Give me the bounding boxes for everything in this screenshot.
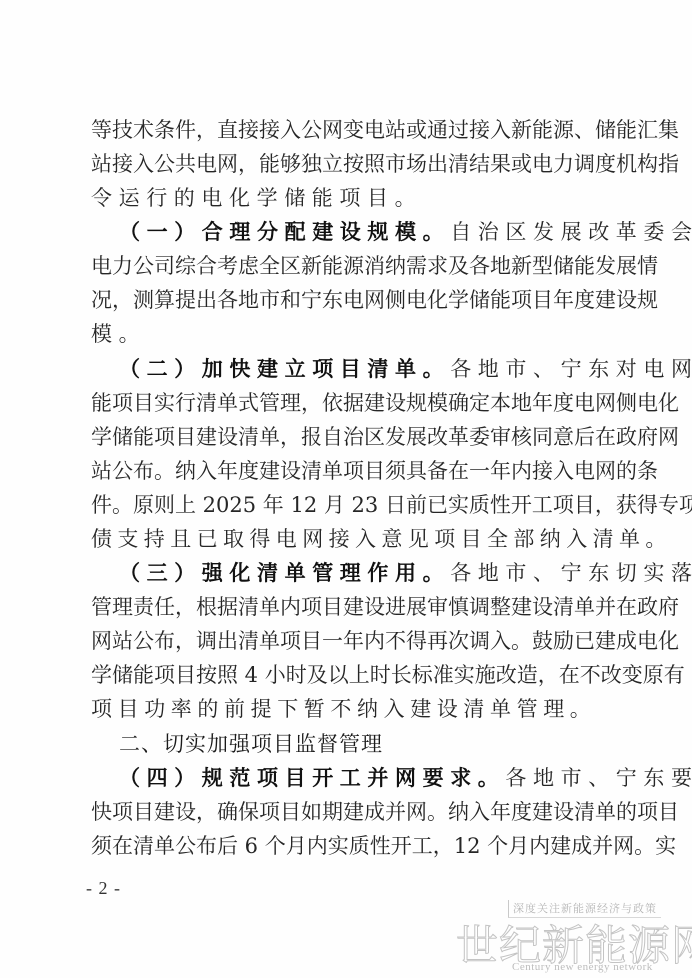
watermark: 深度关注新能源经济与政策 世纪新能源网 Century new energy n… (400, 895, 692, 978)
watermark-subtitle: Century new energy network (512, 961, 653, 973)
section-3-text: 各地市、宁东切实落实建设清单 (450, 561, 692, 585)
body-line: 快项目建设，确保项目如期建成并网。纳入年度建设清单的项目 (91, 795, 597, 829)
body-line: 债支持且已取得电网接入意见项目全部纳入清单。 (91, 522, 601, 556)
section-1-first-line: （一）合理分配建设规模。自治区发展改革委会同国网宁夏 (119, 215, 597, 249)
body-line: 模。 (91, 317, 601, 351)
section-1-heading: （一）合理分配建设规模。 (119, 219, 450, 244)
section-2-first-line: （二）加快建立项目清单。各地市、宁东对电网侧电化学储 (119, 352, 597, 386)
section-4-heading: （四）规范项目开工并网要求。 (119, 765, 505, 790)
section-4-text: 各地市、宁东要督促企业加 (505, 766, 692, 790)
body-line: 电力公司综合考虑全区新能源消纳需求及各地新型储能发展情 (91, 249, 597, 283)
body-line: 须在清单公布后 6 个月内实质性开工，12 个月内建成并网。实 (91, 829, 597, 863)
part-2-heading: 二、切实加强项目监督管理 (119, 727, 629, 761)
body-line: 等技术条件，直接接入公网变电站或通过接入新能源、储能汇集 (91, 113, 597, 147)
body-line: 项目功率的前提下暂不纳入建设清单管理。 (91, 692, 601, 726)
body-line: 管理责任，根据清单内项目建设进展审慎调整建设清单并在政府 (91, 590, 597, 624)
body-line: 网站公布，调出清单项目一年内不得再次调入。鼓励已建成电化 (91, 624, 597, 658)
body-line: 学储能项目按照 4 小时及以上时长标准实施改造，在不改变原有 (91, 658, 597, 692)
body-line: 件。原则上 2025 年 12 月 23 日前已实质性开工项目，获得专项 (91, 488, 597, 522)
section-3-first-line: （三）强化清单管理作用。各地市、宁东切实落实建设清单 (119, 556, 597, 590)
page-number: - 2 - (86, 878, 121, 899)
section-1-text: 自治区发展改革委会同国网宁夏 (450, 220, 692, 244)
section-4-first-line: （四）规范项目开工并网要求。各地市、宁东要督促企业加 (119, 761, 597, 795)
body-line: 令运行的电化学储能项目。 (91, 181, 601, 215)
body-line: 站接入公共电网，能够独立按照市场出清结果或电力调度机构指 (91, 147, 597, 181)
body-line: 学储能项目建设清单，报自治区发展改革委审核同意后在政府网 (91, 420, 597, 454)
section-2-text: 各地市、宁东对电网侧电化学储 (450, 357, 692, 381)
document-page: 等技术条件，直接接入公网变电站或通过接入新能源、储能汇集 站接入公共电网，能够独… (0, 0, 692, 978)
section-2-heading: （二）加快建立项目清单。 (119, 356, 450, 381)
body-line: 能项目实行清单式管理，依据建设规模确定本地年度电网侧电化 (91, 386, 597, 420)
section-3-heading: （三）强化清单管理作用。 (119, 560, 450, 585)
body-line: 况，测算提出各地市和宁东电网侧电化学储能项目年度建设规 (91, 283, 597, 317)
body-line: 站公布。纳入年度建设清单项目须具备在一年内接入电网的条 (91, 454, 597, 488)
